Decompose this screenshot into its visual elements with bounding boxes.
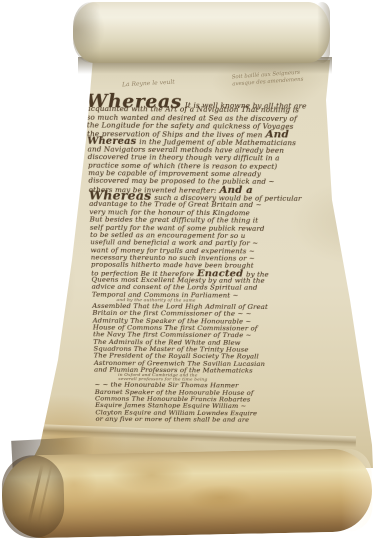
margin-mark: [42, 110, 44, 116]
manuscript-line: or any five or more of them shall be and…: [96, 416, 324, 424]
parchment-sheet: La Reyne le veult Soit baillé aux Seigne…: [20, 58, 374, 468]
line-text: or any five or more of them shall be and…: [95, 415, 249, 423]
roll-wrinkle: [27, 464, 44, 525]
bottom-roll: [1, 448, 373, 539]
top-roll: [73, 2, 330, 63]
endorsement-left: La Reyne le veult: [122, 79, 175, 89]
scroll-photo: La Reyne le veult Soit baillé aux Seigne…: [0, 0, 376, 550]
manuscript-lines: WhereasIt is well knowne by all that are…: [86, 97, 338, 424]
red-ink-mark: [60, 246, 64, 253]
line-text: Temporal and Commons in Parliament ~: [92, 290, 239, 299]
